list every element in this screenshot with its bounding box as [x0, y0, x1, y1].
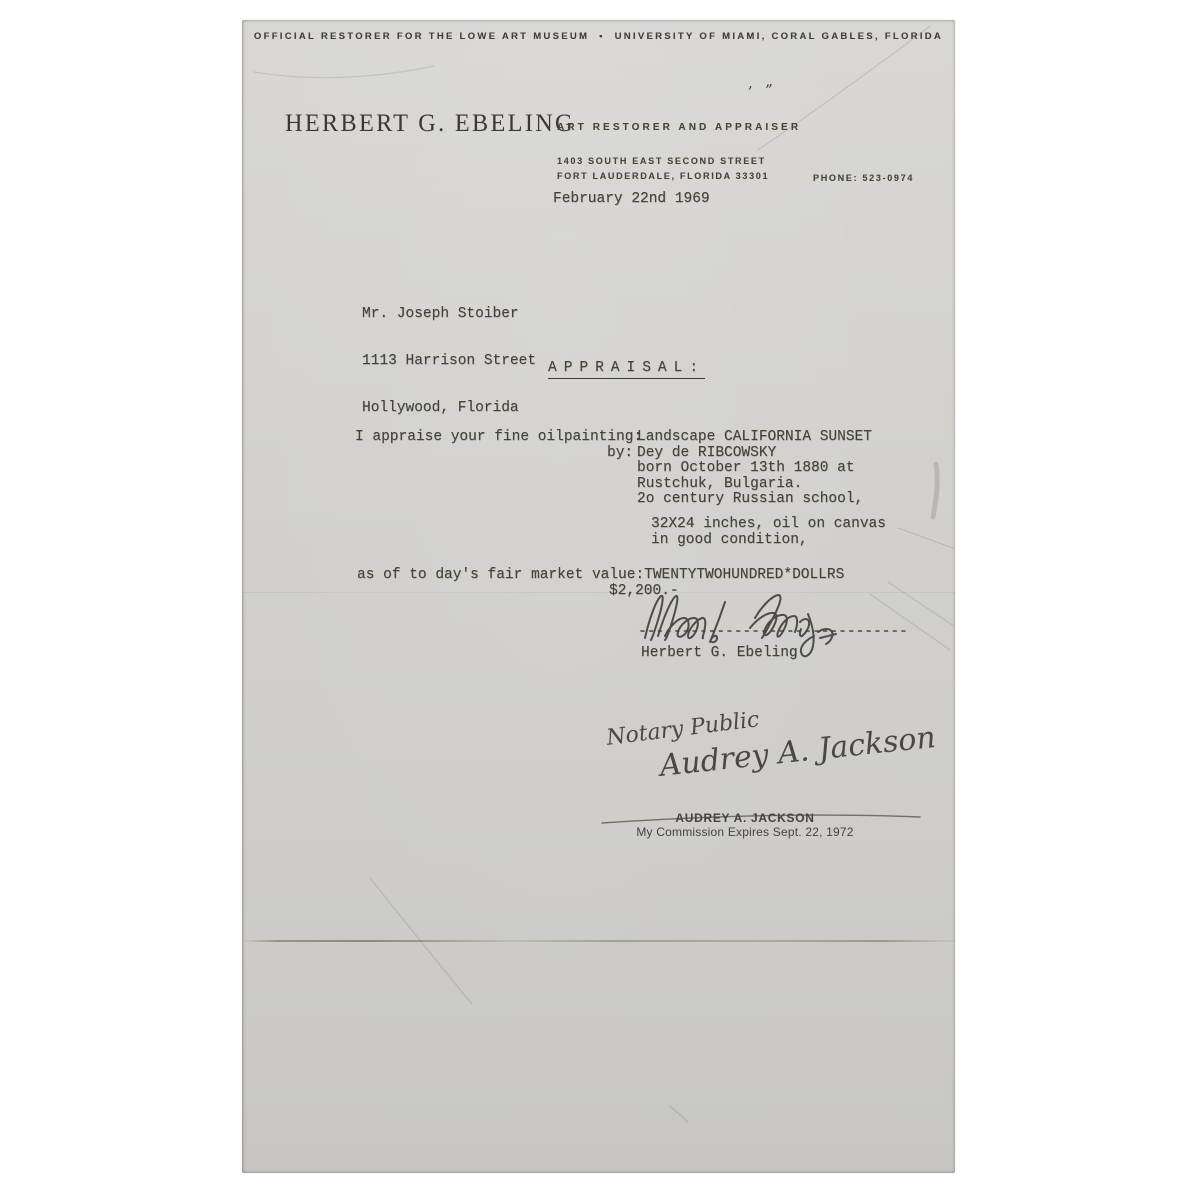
recipient-name: Mr. Joseph Stoiber — [362, 307, 536, 323]
fold-line-upper — [242, 592, 955, 593]
artwork-dimensions: 32X24 inches, oil on canvas — [651, 517, 886, 533]
notary-commission: My Commission Expires Sept. 22, 1972 — [600, 825, 890, 839]
recipient-city: Hollywood, Florida — [362, 401, 536, 417]
header-banner-text: OFFICIAL RESTORER FOR THE LOWE ART MUSEU… — [242, 31, 955, 42]
artist-birthplace: Rustchuk, Bulgaria. — [637, 477, 802, 493]
by-label: by: — [607, 446, 633, 462]
appraisal-heading: APPRAISAL: — [548, 361, 705, 379]
letter-paper: OFFICIAL RESTORER FOR THE LOWE ART MUSEU… — [242, 20, 955, 1173]
artist-birth: born October 13th 1880 at — [637, 461, 855, 477]
artist-school: 2o century Russian school, — [637, 492, 863, 508]
letterhead-title: ART RESTORER AND APPRAISER — [557, 122, 801, 133]
recipient-address-block: Mr. Joseph Stoiber 1113 Harrison Street … — [362, 276, 536, 448]
notary-typed-name: AUDREY A. JACKSON — [600, 811, 890, 825]
scan-background: OFFICIAL RESTORER FOR THE LOWE ART MUSEU… — [0, 0, 1200, 1200]
notary-typed-block: AUDREY A. JACKSON My Commission Expires … — [600, 811, 890, 839]
signature-dashed-line: ------------------------------- — [638, 625, 908, 641]
signature-typed-name: Herbert G. Ebeling — [641, 646, 798, 662]
value-statement: as of to day's fair market value:TWENTYT… — [357, 568, 844, 584]
letterhead-phone: PHONE: 523-0974 — [813, 173, 914, 183]
recipient-street: 1113 Harrison Street — [362, 354, 536, 370]
artist-name: Dey de RIBCOWSKY — [637, 446, 776, 462]
letterhead-address-line2: FORT LAUDERDALE, FLORIDA 33301 — [557, 171, 769, 181]
pen-marks: ’ ” — [747, 81, 774, 102]
artwork-title: Landscape CALIFORNIA SUNSET — [637, 430, 872, 446]
artwork-condition: in good condition, — [651, 533, 808, 549]
fold-line-lower — [242, 940, 955, 942]
appraisal-intro: I appraise your fine oilpainting: — [355, 430, 642, 446]
letter-date: February 22nd 1969 — [553, 192, 710, 208]
letterhead-name: HERBERT G. EBELING — [285, 110, 575, 138]
letterhead-address-line1: 1403 SOUTH EAST SECOND STREET — [557, 156, 766, 166]
